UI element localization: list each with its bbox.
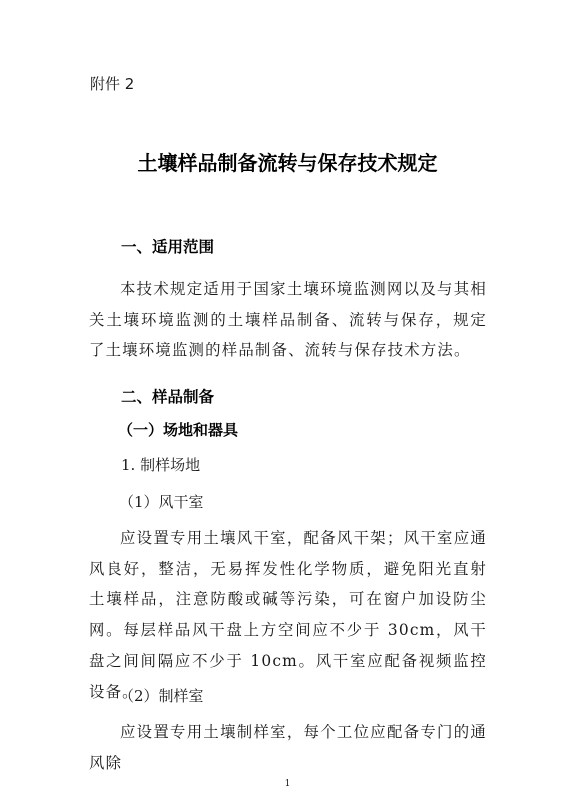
paragraph-scope: 本技术规定适用于国家土壤环境监测网以及与其相关土壤环境监测的土壤样品制备、流转与… — [89, 274, 487, 366]
section-heading-scope: 一、适用范围 — [121, 237, 214, 257]
item-heading-prep-site: 1. 制样场地 — [121, 455, 200, 475]
annex-label: 附件 2 — [90, 74, 134, 94]
page-number: 1 — [0, 778, 575, 790]
paragraph-prep-room: 应设置专用土壤制样室，每个工位应配备专门的通风除 — [89, 717, 487, 778]
document-title: 土壤样品制备流转与保存技术规定 — [0, 150, 575, 176]
document-page: 附件 2 土壤样品制备流转与保存技术规定 一、适用范围 本技术规定适用于国家土壤… — [0, 0, 575, 799]
subitem-heading-drying-room: （1）风干室 — [119, 492, 204, 512]
subsection-heading-site-tools: （一）场地和器具 — [118, 420, 238, 440]
section-heading-sample-preparation: 二、样品制备 — [121, 387, 214, 407]
paragraph-drying-room: 应设置专用土壤风干室，配备风干架；风干室应通风良好，整洁，无易挥发性化学物质，避… — [89, 523, 487, 707]
subitem-heading-prep-room: （2）制样室 — [119, 686, 204, 706]
